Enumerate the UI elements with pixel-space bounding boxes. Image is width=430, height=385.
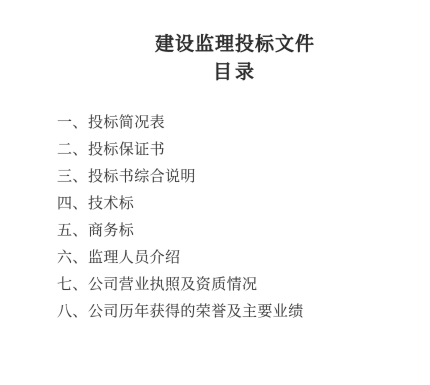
- toc-list: 一、 投标简况表 二、 投标保证书 三、 投标书综合说明 四、 技术标 五、 商…: [57, 108, 304, 324]
- toc-item-label: 公司历年获得的荣誉及主要业绩: [88, 300, 304, 321]
- toc-item: 五、 商务标: [57, 216, 304, 243]
- page-title: 建设监理投标文件: [40, 31, 430, 59]
- toc-item-label: 监理人员介绍: [88, 246, 180, 267]
- toc-item: 六、 监理人员介绍: [57, 243, 304, 270]
- toc-item-label: 投标简况表: [88, 111, 165, 132]
- page-subtitle: 目录: [40, 59, 430, 86]
- toc-item: 八、 公司历年获得的荣誉及主要业绩: [57, 297, 304, 324]
- toc-item: 四、 技术标: [57, 189, 304, 216]
- toc-item-label: 公司营业执照及资质情况: [88, 273, 257, 294]
- toc-item: 三、 投标书综合说明: [57, 162, 304, 189]
- toc-item: 七、 公司营业执照及资质情况: [57, 270, 304, 297]
- toc-item-label: 投标书综合说明: [88, 165, 196, 186]
- toc-item-number: 六、: [57, 246, 88, 267]
- toc-item-number: 五、: [57, 219, 88, 240]
- toc-item: 二、 投标保证书: [57, 135, 304, 162]
- toc-item-number: 一、: [57, 111, 88, 132]
- toc-item: 一、 投标简况表: [57, 108, 304, 135]
- toc-item-number: 四、: [57, 192, 88, 213]
- document-header: 建设监理投标文件 目录: [40, 31, 430, 86]
- toc-item-number: 八、: [57, 300, 88, 321]
- toc-item-label: 投标保证书: [88, 138, 165, 159]
- toc-item-label: 技术标: [88, 192, 134, 213]
- document-page: 建设监理投标文件 目录 一、 投标简况表 二、 投标保证书 三、 投标书综合说明…: [0, 0, 430, 385]
- toc-item-number: 二、: [57, 138, 88, 159]
- toc-item-number: 三、: [57, 165, 88, 186]
- toc-item-label: 商务标: [88, 219, 134, 240]
- toc-item-number: 七、: [57, 273, 88, 294]
